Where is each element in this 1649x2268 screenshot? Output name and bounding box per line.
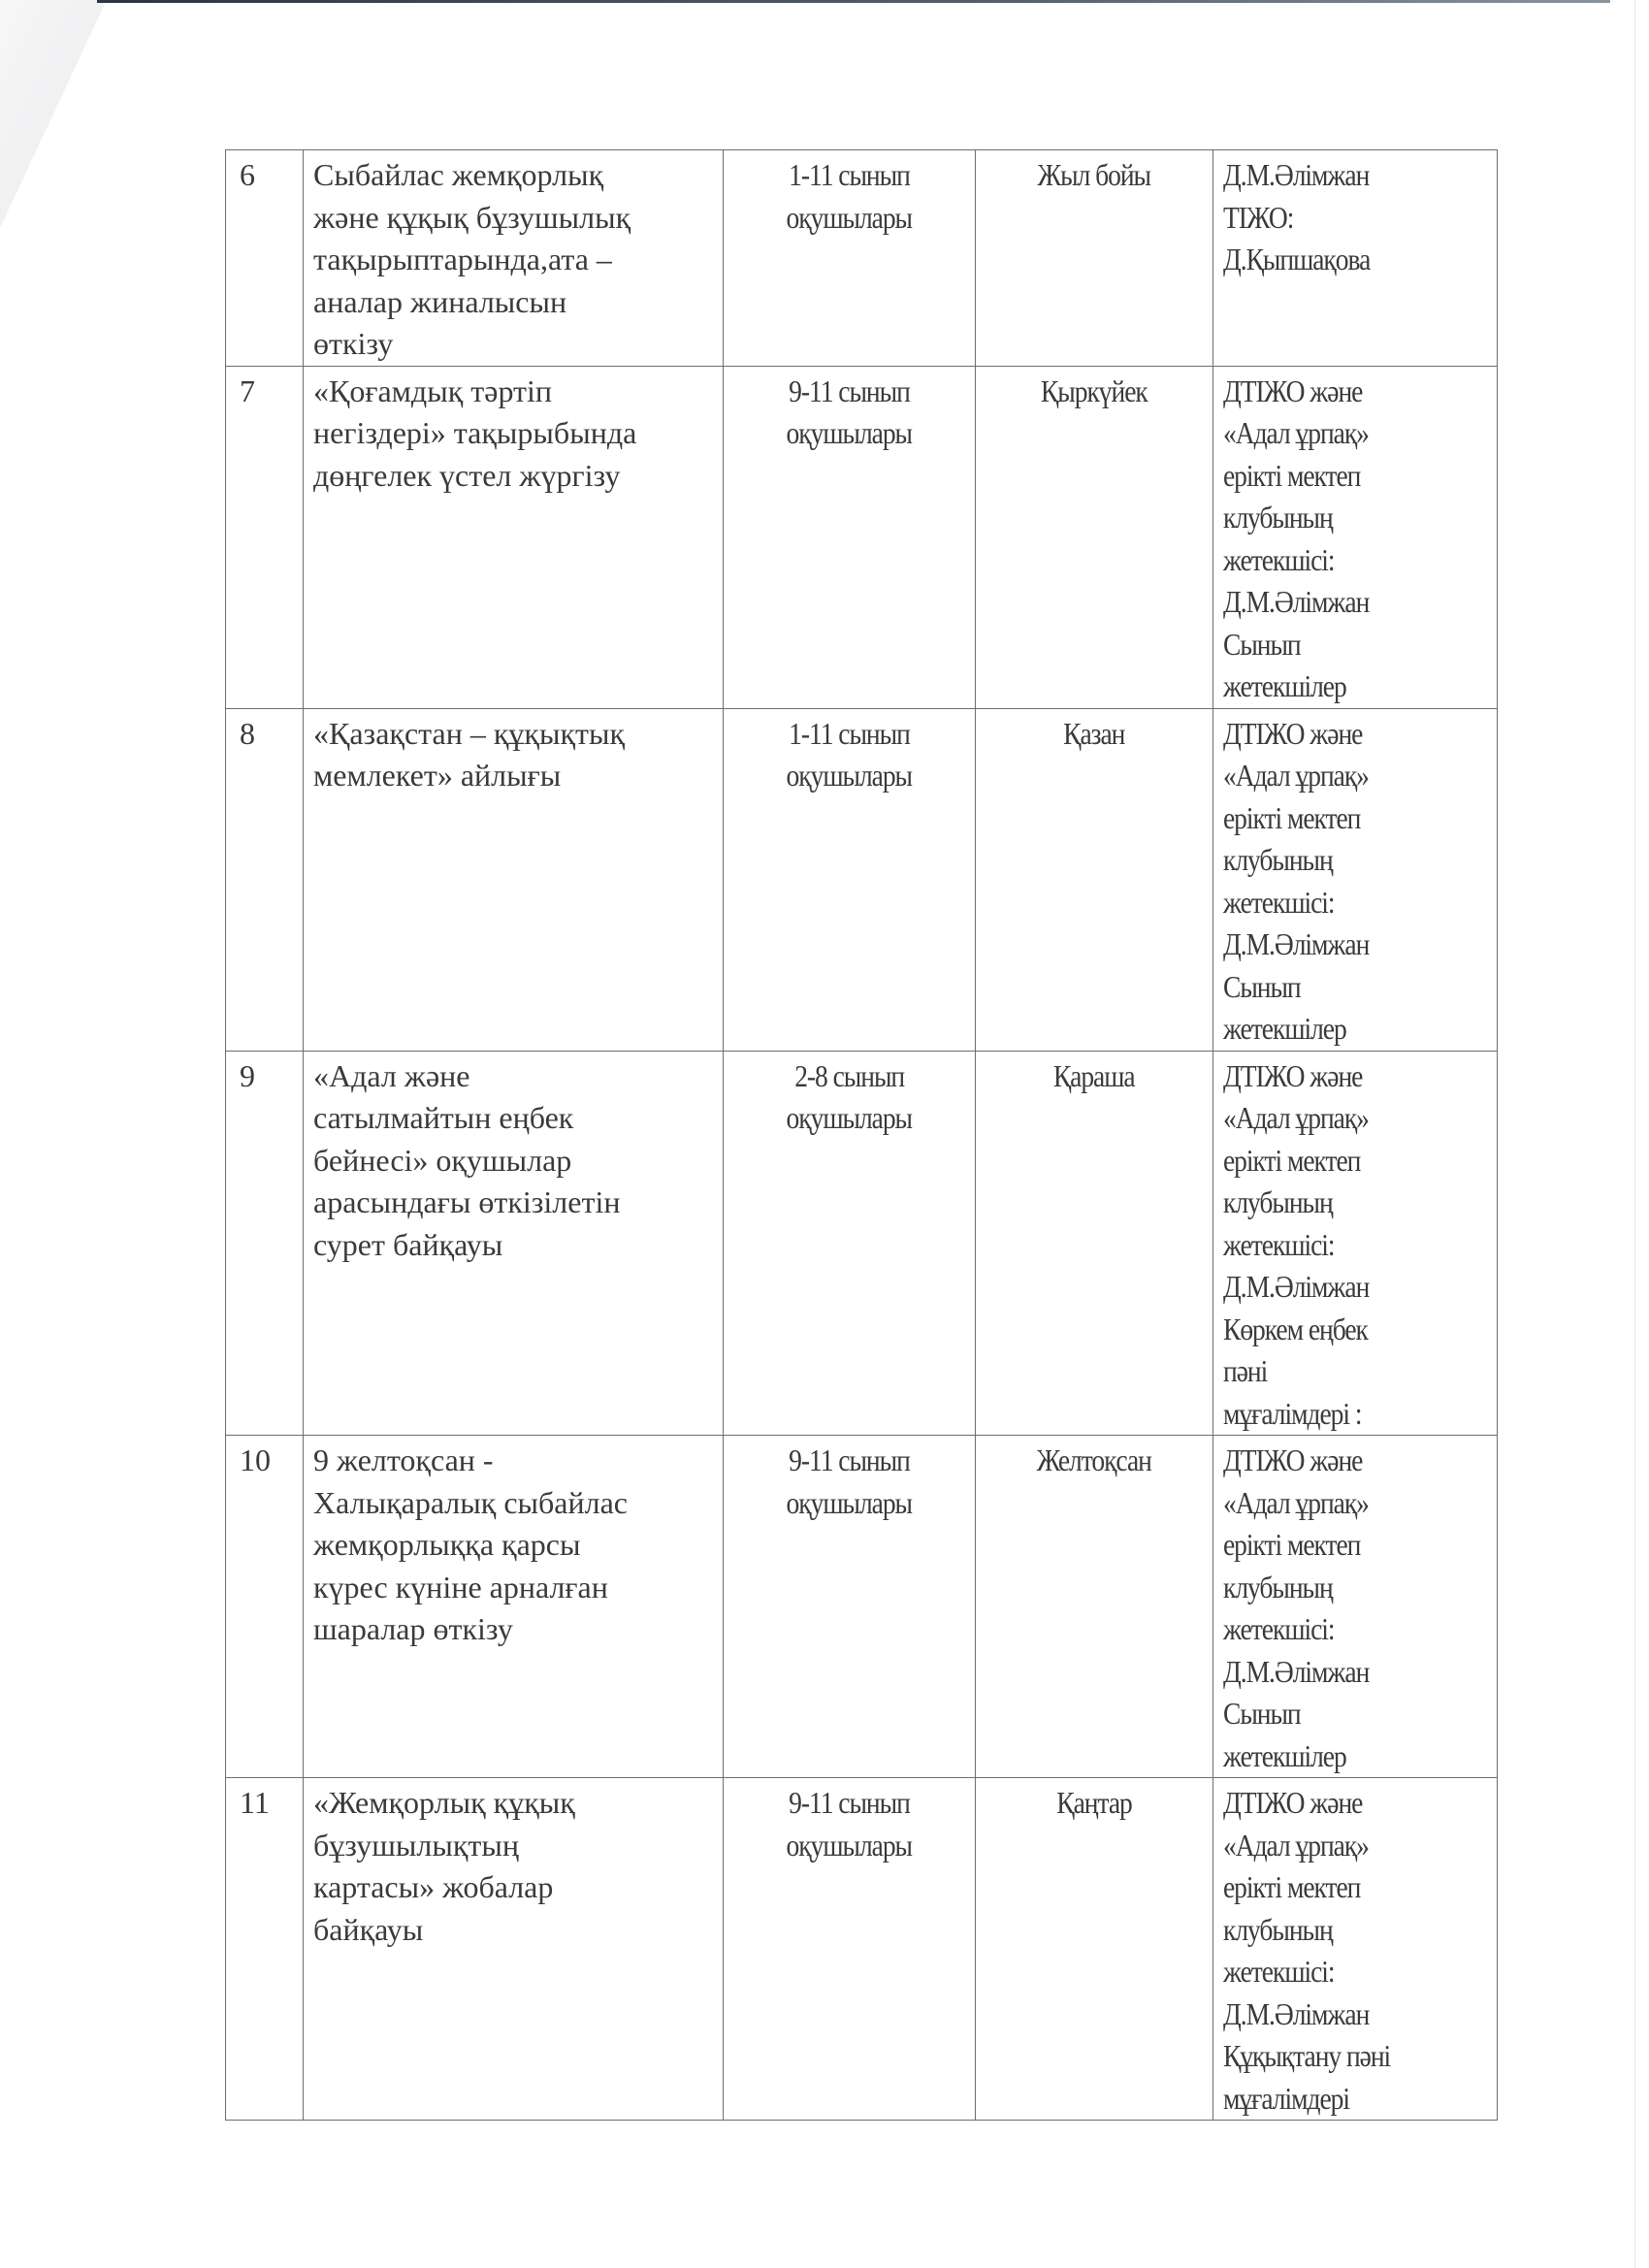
responsible-line: Д.Қыпшақова	[1223, 239, 1370, 281]
audience-cell: 9-11 сыныпоқушылары	[724, 1436, 976, 1778]
responsible-line: ТІЖО:	[1223, 197, 1293, 240]
event-line: сатылмайтын еңбек	[313, 1097, 713, 1140]
table-row: 9 «Адал жәнесатылмайтын еңбекбейнесі» оқ…	[226, 1051, 1498, 1436]
event-cell: «Адал жәнесатылмайтын еңбекбейнесі» оқуш…	[304, 1051, 724, 1436]
responsible-line: жетекшісі:	[1223, 1608, 1335, 1651]
folded-page-corner	[0, 0, 107, 228]
event-line: күрес күніне арналған	[313, 1567, 713, 1609]
event-line: «Қоғамдық тәртіп	[313, 371, 713, 413]
responsible-cell: ДТІЖО және«Адал ұрпақ»ерікті мектепклубы…	[1213, 366, 1498, 708]
responsible-line: жетекшісі:	[1223, 539, 1335, 582]
audience-line: оқушылары	[787, 1825, 912, 1867]
audience-cell: 1-11 сыныпоқушылары	[724, 708, 976, 1051]
responsible-line: ерікті мектеп	[1223, 455, 1360, 498]
row-number: 6	[240, 157, 255, 192]
responsible-line: жетекшілер	[1223, 665, 1346, 708]
scan-edge-shadow	[97, 0, 1610, 3]
event-line: шаралар өткізу	[313, 1608, 713, 1651]
audience-line: 9-11 сынып	[789, 371, 910, 413]
responsible-line: ДТІЖО және	[1223, 713, 1362, 756]
responsible-line: клубының	[1223, 839, 1333, 882]
audience-line: оқушылары	[787, 1482, 912, 1525]
event-line: Сыбайлас жемқорлық	[313, 154, 713, 197]
responsible-line: жетекшілер	[1223, 1735, 1346, 1778]
responsible-line: мұғалімдері :	[1223, 1393, 1361, 1436]
responsible-line: ДТІЖО және	[1223, 1055, 1362, 1098]
responsible-line: «Адал ұрпақ»	[1223, 1825, 1369, 1867]
term-cell: Қыркүйек	[976, 366, 1213, 708]
responsible-cell: ДТІЖО және«Адал ұрпақ»ерікті мектепклубы…	[1213, 1778, 1498, 2121]
responsible-line: жетекшілер	[1223, 1008, 1346, 1051]
table-row: 11 «Жемқорлық құқықбұзушылықтыңкартасы» …	[226, 1778, 1498, 2121]
row-number-cell: 10	[226, 1436, 304, 1778]
responsible-line: Д.М.Әлімжан	[1223, 923, 1369, 966]
event-plan-table: 6 Сыбайлас жемқорлықжәне құқық бұзушылық…	[225, 149, 1498, 2121]
row-number: 7	[240, 373, 255, 408]
table-row: 8 «Қазақстан – құқықтықмемлекет» айлығы …	[226, 708, 1498, 1051]
responsible-line: Д.М.Әлімжан	[1223, 581, 1369, 624]
term-cell: Жыл бойы	[976, 150, 1213, 367]
responsible-line: ДТІЖО және	[1223, 371, 1362, 413]
responsible-line: «Адал ұрпақ»	[1223, 755, 1369, 797]
event-line: «Қазақстан – құқықтық	[313, 713, 713, 756]
responsible-line: Д.М.Әлімжан	[1223, 1266, 1369, 1309]
responsible-line: ерікті мектеп	[1223, 1866, 1360, 1909]
term-cell: Қараша	[976, 1051, 1213, 1436]
event-line: негіздері» тақырыбында	[313, 412, 713, 455]
scan-edge-line	[1634, 0, 1635, 2268]
term-cell: Қазан	[976, 708, 1213, 1051]
term-text: Жыл бойы	[1038, 154, 1150, 197]
event-line: аналар жиналысын	[313, 281, 713, 324]
audience-cell: 9-11 сыныпоқушылары	[724, 1778, 976, 2121]
table-row: 10 9 желтоқсан -Халықаралық сыбайласжемқ…	[226, 1436, 1498, 1778]
event-line: мемлекет» айлығы	[313, 755, 713, 797]
responsible-line: ерікті мектеп	[1223, 1524, 1360, 1567]
event-line: бұзушылықтың	[313, 1825, 713, 1867]
responsible-line: клубының	[1223, 1567, 1333, 1609]
event-line: «Жемқорлық құқық	[313, 1782, 713, 1825]
event-line: және құқық бұзушылық	[313, 197, 713, 240]
responsible-line: ДТІЖО және	[1223, 1782, 1362, 1825]
responsible-line: клубының	[1223, 497, 1333, 539]
audience-line: 2-8 сынып	[794, 1055, 904, 1098]
responsible-cell: ДТІЖО және«Адал ұрпақ»ерікті мектепклубы…	[1213, 1051, 1498, 1436]
row-number-cell: 9	[226, 1051, 304, 1436]
event-line: «Адал және	[313, 1055, 713, 1098]
row-number: 8	[240, 716, 255, 751]
event-cell: «Қоғамдық тәртіпнегіздері» тақырыбындадө…	[304, 366, 724, 708]
responsible-line: ерікті мектеп	[1223, 797, 1360, 840]
responsible-line: ДТІЖО және	[1223, 1440, 1362, 1482]
term-text: Желтоқсан	[1037, 1440, 1151, 1482]
event-line: картасы» жобалар	[313, 1866, 713, 1909]
responsible-line: Көркем еңбек	[1223, 1309, 1368, 1351]
responsible-cell: ДТІЖО және«Адал ұрпақ»ерікті мектепклубы…	[1213, 708, 1498, 1051]
responsible-line: жетекшісі:	[1223, 1224, 1335, 1267]
responsible-line: мұғалімдері	[1223, 2078, 1349, 2121]
responsible-cell: ДТІЖО және«Адал ұрпақ»ерікті мектепклубы…	[1213, 1436, 1498, 1778]
responsible-line: пәні	[1223, 1350, 1267, 1393]
term-text: Қараша	[1053, 1055, 1135, 1098]
event-line: байқауы	[313, 1909, 713, 1952]
table-row: 6 Сыбайлас жемқорлықжәне құқық бұзушылық…	[226, 150, 1498, 367]
audience-line: 9-11 сынып	[789, 1782, 910, 1825]
responsible-line: Сынып	[1223, 624, 1301, 666]
event-cell: «Қазақстан – құқықтықмемлекет» айлығы	[304, 708, 724, 1051]
event-line: Халықаралық сыбайлас	[313, 1482, 713, 1525]
responsible-line: жетекшісі:	[1223, 1951, 1335, 1993]
term-text: Қазан	[1063, 713, 1124, 756]
event-plan-table-body: 6 Сыбайлас жемқорлықжәне құқық бұзушылық…	[226, 150, 1498, 2121]
audience-line: 1-11 сынып	[789, 154, 910, 197]
row-number: 9	[240, 1058, 255, 1093]
term-cell: Желтоқсан	[976, 1436, 1213, 1778]
responsible-line: Құқықтану пәні	[1223, 2035, 1390, 2078]
row-number-cell: 7	[226, 366, 304, 708]
event-line: өткізу	[313, 323, 713, 366]
responsible-line: Д.М.Әлімжан	[1223, 1651, 1369, 1694]
event-line: тақырыптарында,ата –	[313, 239, 713, 281]
event-line: арасындағы өткізілетін	[313, 1182, 713, 1224]
table-row: 7 «Қоғамдық тәртіпнегіздері» тақырыбында…	[226, 366, 1498, 708]
row-number-cell: 6	[226, 150, 304, 367]
responsible-line: Д.М.Әлімжан	[1223, 1993, 1369, 2036]
responsible-line: Сынып	[1223, 1693, 1301, 1735]
event-line: дөңгелек үстел жүргізу	[313, 455, 713, 498]
audience-cell: 2-8 сыныпоқушылары	[724, 1051, 976, 1436]
event-cell: Сыбайлас жемқорлықжәне құқық бұзушылықта…	[304, 150, 724, 367]
responsible-line: «Адал ұрпақ»	[1223, 412, 1369, 455]
event-line: бейнесі» оқушылар	[313, 1140, 713, 1183]
responsible-line: Сынып	[1223, 966, 1301, 1009]
audience-cell: 9-11 сыныпоқушылары	[724, 366, 976, 708]
row-number: 11	[240, 1785, 270, 1820]
responsible-line: «Адал ұрпақ»	[1223, 1097, 1369, 1140]
event-line: жемқорлыққа қарсы	[313, 1524, 713, 1567]
audience-line: оқушылары	[787, 412, 912, 455]
row-number-cell: 11	[226, 1778, 304, 2121]
term-cell: Қаңтар	[976, 1778, 1213, 2121]
audience-line: 1-11 сынып	[789, 713, 910, 756]
audience-line: 9-11 сынып	[789, 1440, 910, 1482]
term-text: Қаңтар	[1056, 1782, 1131, 1825]
audience-line: оқушылары	[787, 755, 912, 797]
event-cell: 9 желтоқсан -Халықаралық сыбайласжемқорл…	[304, 1436, 724, 1778]
responsible-line: клубының	[1223, 1909, 1333, 1952]
responsible-line: клубының	[1223, 1182, 1333, 1224]
event-line: сурет байқауы	[313, 1224, 713, 1267]
audience-cell: 1-11 сыныпоқушылары	[724, 150, 976, 367]
term-text: Қыркүйек	[1041, 371, 1148, 413]
audience-line: оқушылары	[787, 197, 912, 240]
event-line: 9 желтоқсан -	[313, 1440, 713, 1482]
row-number-cell: 8	[226, 708, 304, 1051]
row-number: 10	[240, 1442, 271, 1477]
event-cell: «Жемқорлық құқықбұзушылықтыңкартасы» жоб…	[304, 1778, 724, 2121]
responsible-cell: Д.М.ӘлімжанТІЖО:Д.Қыпшақова	[1213, 150, 1498, 367]
responsible-line: жетекшісі:	[1223, 882, 1335, 924]
responsible-line: Д.М.Әлімжан	[1223, 154, 1369, 197]
responsible-line: «Адал ұрпақ»	[1223, 1482, 1369, 1525]
responsible-line: ерікті мектеп	[1223, 1140, 1360, 1183]
audience-line: оқушылары	[787, 1097, 912, 1140]
